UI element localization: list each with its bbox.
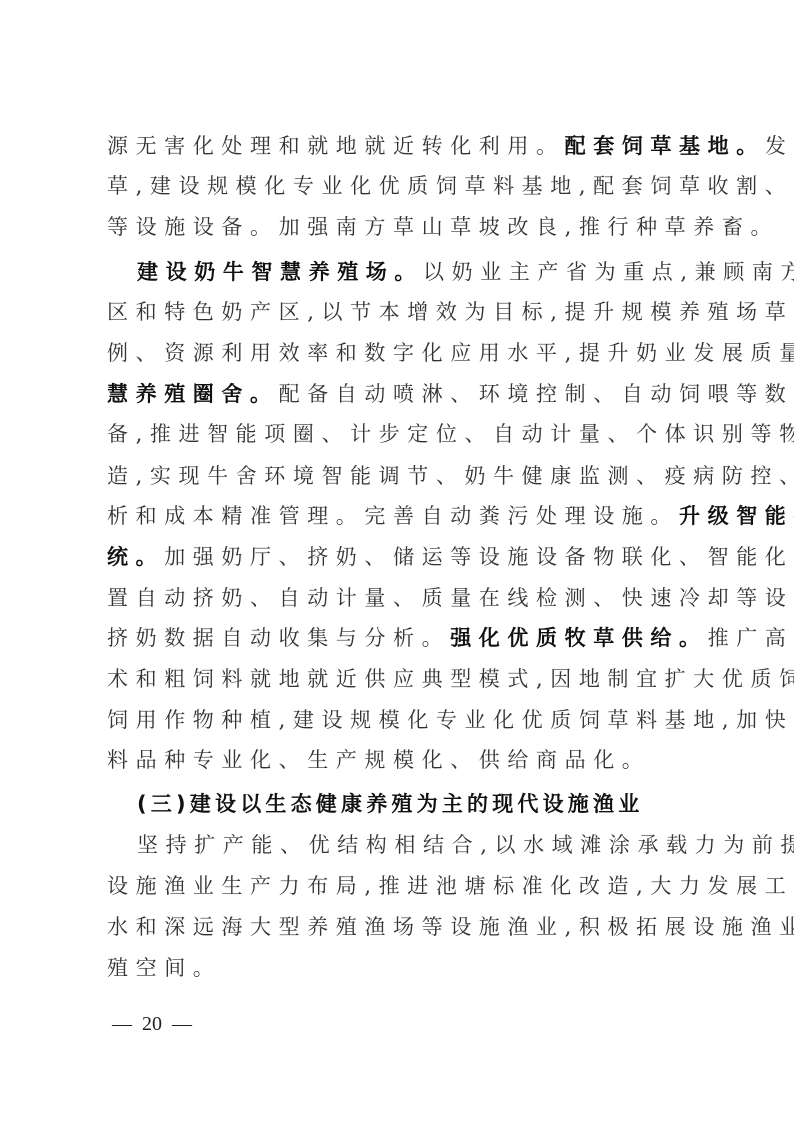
paragraph-line: 慧养殖圈舍。配备自动喷淋、环境控制、自动饲喂等数字化设施设 <box>107 379 794 409</box>
bold-subheading: 慧养殖圈舍。 <box>107 382 279 406</box>
paragraph-line: 设施渔业生产力布局,推进池塘标准化改造,大力发展工厂化循环 <box>107 871 794 901</box>
body-text-span: 例、资源利用效率和数字化应用水平,提升奶业发展质量。 <box>107 341 794 365</box>
paragraph-line: 坚持扩产能、优结构相结合,以水域滩涂承载力为前提,优化 <box>137 830 794 860</box>
paragraph-line: 料品种专业化、生产规模化、供给商品化。 <box>107 745 650 775</box>
paragraph-line: 水和深远海大型养殖渔场等设施渔业,积极拓展设施渔业绿色养 <box>107 912 794 942</box>
body-text-span: 草,建设规模化专业化优质饲草料基地,配套饲草收割、打捆、青贮 <box>107 174 794 198</box>
body-text-span: 源无害化处理和就地就近转化利用。 <box>107 134 565 158</box>
paragraph-line: 区和特色奶产区,以节本增效为目标,提升规模养殖场草畜配套比 <box>107 297 794 327</box>
body-text-span: 饲用作物种植,建设规模化专业化优质饲草料基地,加快推进饲草 <box>107 708 794 732</box>
paragraph-line: 备,推进智能项圈、计步定位、自动计量、个体识别等物联化设备改 <box>107 419 794 449</box>
bold-subheading: 升级智能挤奶系 <box>679 504 794 528</box>
document-page: 源无害化处理和就地就近转化利用。配套饲草基地。发展人工种草,建设规模化专业化优质… <box>0 0 794 1123</box>
paragraph-line: 草,建设规模化专业化优质饲草料基地,配套饲草收割、打捆、青贮 <box>107 171 794 201</box>
paragraph-line: 等设施设备。加强南方草山草坡改良,推行种草养畜。 <box>107 212 779 242</box>
paragraph-line: 殖空间。 <box>107 953 221 983</box>
paragraph-line: 术和粗饲料就地就近供应典型模式,因地制宜扩大优质饲草料和 <box>107 664 794 694</box>
section-heading: (三)建设以生态健康养殖为主的现代设施渔业 <box>137 789 643 819</box>
body-text-span: 挤奶数据自动收集与分析。 <box>107 626 450 650</box>
body-text-span: 以奶业主产省为重点,兼顾南方潜力 <box>423 260 794 284</box>
paragraph-line: 建设奶牛智慧养殖场。以奶业主产省为重点,兼顾南方潜力 <box>137 257 794 287</box>
bold-subheading: 建设奶牛智慧养殖场。 <box>137 260 423 284</box>
body-text-span: 料品种专业化、生产规模化、供给商品化。 <box>107 748 650 772</box>
bold-subheading: 统。 <box>107 545 164 569</box>
paragraph-line: 饲用作物种植,建设规模化专业化优质饲草料基地,加快推进饲草 <box>107 705 794 735</box>
paragraph-line: 统。加强奶厅、挤奶、储运等设施设备物联化、智能化改造升级,配 <box>107 542 794 572</box>
body-text-span: 推广高效饲喂技 <box>708 626 794 650</box>
paragraph-line: 例、资源利用效率和数字化应用水平,提升奶业发展质量。建设智 <box>107 338 794 368</box>
body-text-span: 析和成本精准管理。完善自动粪污处理设施。 <box>107 504 679 528</box>
body-text-span: 发展人工种 <box>765 134 794 158</box>
paragraph-line: 析和成本精准管理。完善自动粪污处理设施。升级智能挤奶系 <box>107 501 794 531</box>
paragraph-line: 造,实现牛舍环境智能调节、奶牛健康监测、疫病防控、进食数据分 <box>107 461 794 491</box>
page-number: — 20 — <box>112 1013 192 1036</box>
bold-subheading: 配套饲草基地。 <box>565 134 765 158</box>
paragraph-line: 源无害化处理和就地就近转化利用。配套饲草基地。发展人工种 <box>107 131 794 161</box>
body-text-span: 置自动挤奶、自动计量、质量在线检测、快速冷却等设施设备,实现 <box>107 586 794 610</box>
paragraph-line: 挤奶数据自动收集与分析。强化优质牧草供给。推广高效饲喂技 <box>107 623 794 653</box>
body-text-span: 备,推进智能项圈、计步定位、自动计量、个体识别等物联化设备改 <box>107 422 794 446</box>
bold-subheading: 强化优质牧草供给。 <box>450 626 707 650</box>
body-text-span: 造,实现牛舍环境智能调节、奶牛健康监测、疫病防控、进食数据分 <box>107 464 794 488</box>
body-text-span: 等设施设备。加强南方草山草坡改良,推行种草养畜。 <box>107 215 779 239</box>
paragraph-line: 置自动挤奶、自动计量、质量在线检测、快速冷却等设施设备,实现 <box>107 583 794 613</box>
body-text-span: 加强奶厅、挤奶、储运等设施设备物联化、智能化改造升级,配 <box>164 545 794 569</box>
body-text-span: 配备自动喷淋、环境控制、自动饲喂等数字化设施设 <box>279 382 794 406</box>
body-text-span: 区和特色奶产区,以节本增效为目标,提升规模养殖场草畜配套比 <box>107 300 794 324</box>
body-text-span: 术和粗饲料就地就近供应典型模式,因地制宜扩大优质饲草料和 <box>107 667 794 691</box>
